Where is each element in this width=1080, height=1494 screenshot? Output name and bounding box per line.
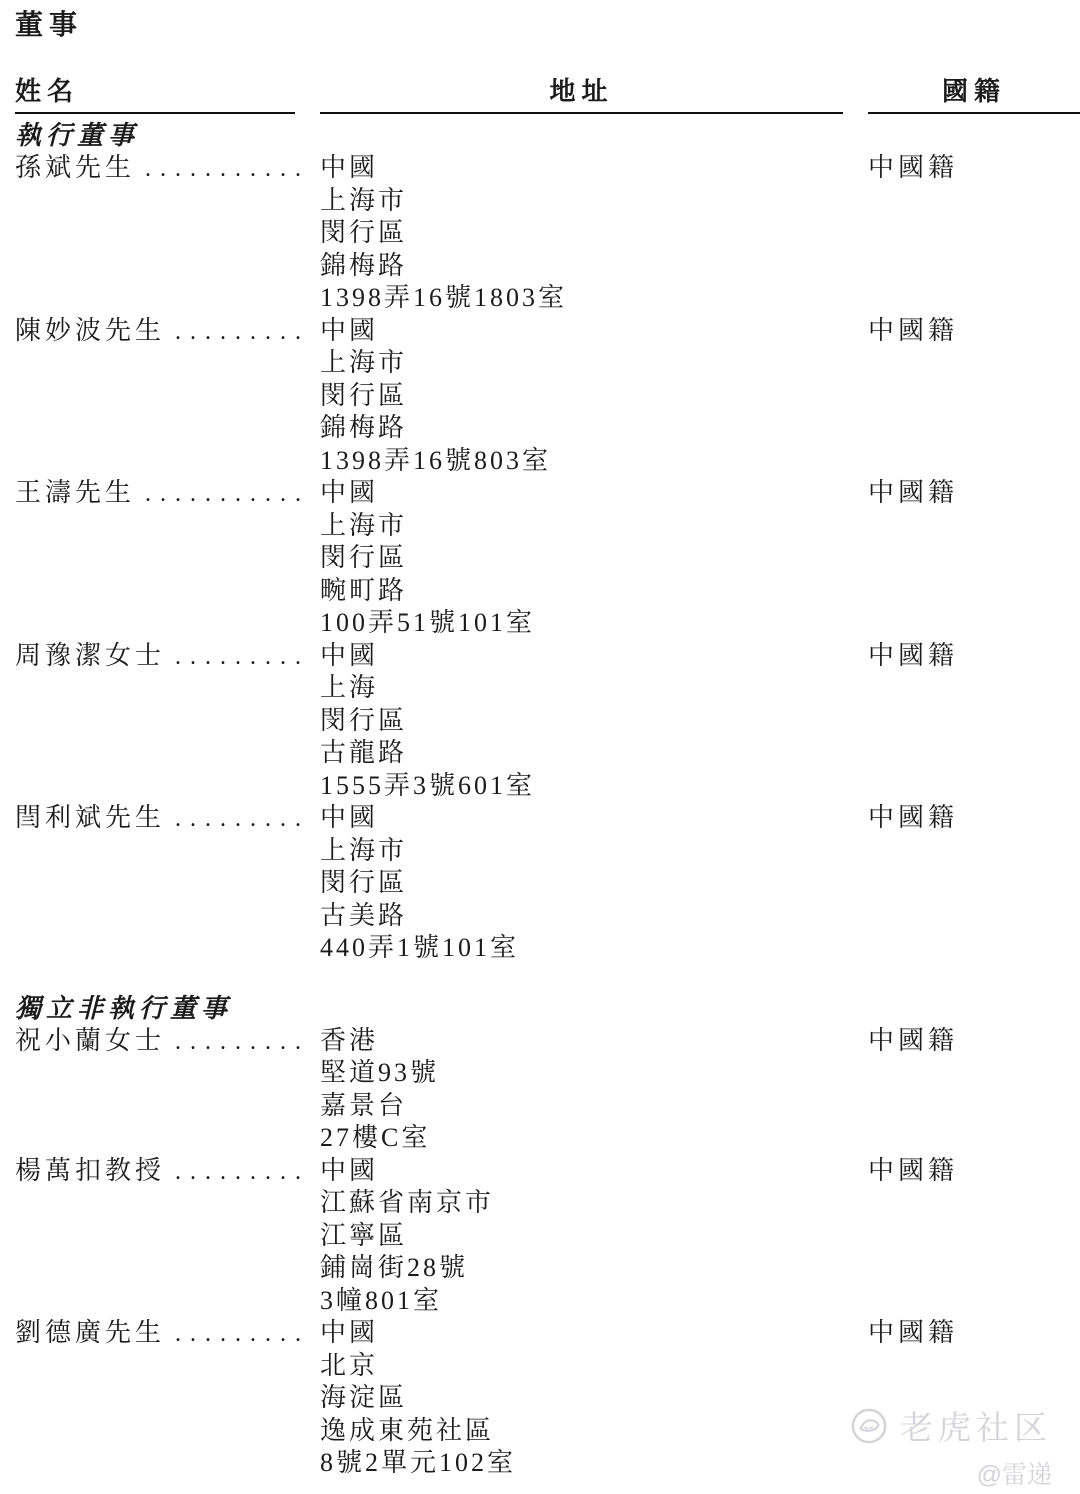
- nationality-cell: 中國籍: [868, 640, 1080, 673]
- name-cell: 閆利斌先生 .........: [15, 802, 320, 836]
- address-line: 100弄51號101室: [320, 607, 868, 640]
- director-name: 祝小蘭女士: [15, 1025, 165, 1058]
- nationality-cell: 中國籍: [868, 802, 1080, 835]
- document-content: 董事 姓名 地址 國籍 執行董事 孫斌先生 ........... 中國上海市閔…: [0, 0, 1080, 1480]
- watermark-handle-text: @雷递: [850, 1455, 1052, 1491]
- director-name: 楊萬扣教授: [15, 1155, 165, 1188]
- name-cell: 陳妙波先生 .........: [15, 315, 320, 349]
- document-page: 董事 姓名 地址 國籍 執行董事 孫斌先生 ........... 中國上海市閔…: [0, 0, 1080, 1494]
- address-line: 1555弄3號601室: [320, 770, 868, 803]
- address-line: 錦梅路: [320, 250, 868, 283]
- director-name: 陳妙波先生: [15, 315, 165, 348]
- table-row: 祝小蘭女士 ......... 香港堅道93號嘉景台27樓C室 中國籍: [15, 1025, 1080, 1155]
- dot-leader: .........: [175, 1026, 310, 1059]
- address-line: 中國: [320, 477, 868, 510]
- address-line: 上海市: [320, 835, 868, 868]
- address-line: 海淀區: [320, 1382, 868, 1415]
- dot-leader: .........: [175, 1156, 310, 1189]
- directors-table: 姓名 地址 國籍 執行董事 孫斌先生 ........... 中國上海市閔行區錦…: [15, 76, 1080, 1480]
- page-title: 董事: [15, 8, 1080, 44]
- director-name: 王濤先生: [15, 477, 135, 510]
- director-name: 孫斌先生: [15, 152, 135, 185]
- nationality-cell: 中國籍: [868, 152, 1080, 185]
- name-cell: 王濤先生 ...........: [15, 477, 320, 511]
- nationality-cell: 中國籍: [868, 315, 1080, 348]
- address-line: 錦梅路: [320, 412, 868, 445]
- address-line: 上海市: [320, 185, 868, 218]
- address-cell: 中國上海閔行區古龍路1555弄3號601室: [320, 640, 868, 803]
- nationality-cell: 中國籍: [868, 477, 1080, 510]
- name-cell: 劉德廣先生 .........: [15, 1317, 320, 1351]
- address-line: 古龍路: [320, 737, 868, 770]
- address-line: 3幢801室: [320, 1285, 868, 1318]
- name-cell: 祝小蘭女士 .........: [15, 1025, 320, 1059]
- tiger-logo-icon: [850, 1407, 888, 1445]
- watermark-brand-text: 老虎社区: [900, 1402, 1052, 1449]
- address-line: 畹町路: [320, 575, 868, 608]
- dot-leader: ...........: [145, 478, 310, 511]
- address-line: 閔行區: [320, 217, 868, 250]
- name-cell: 孫斌先生 ...........: [15, 152, 320, 186]
- address-line: 中國: [320, 152, 868, 185]
- address-cell: 中國北京海淀區逸成東苑社區8號2單元102室: [320, 1317, 868, 1480]
- table-row: 閆利斌先生 ......... 中國上海市閔行區古美路440弄1號101室 中國…: [15, 802, 1080, 965]
- address-line: 北京: [320, 1350, 868, 1383]
- address-line: 古美路: [320, 900, 868, 933]
- address-line: 1398弄16號803室: [320, 445, 868, 478]
- section-rows: 孫斌先生 ........... 中國上海市閔行區錦梅路1398弄16號1803…: [15, 152, 1080, 965]
- address-line: 堅道93號: [320, 1057, 868, 1090]
- address-line: 中國: [320, 802, 868, 835]
- address-line: 香港: [320, 1025, 868, 1058]
- address-cell: 中國上海市閔行區錦梅路1398弄16號803室: [320, 315, 868, 478]
- address-line: 閔行區: [320, 380, 868, 413]
- nationality-cell: 中國籍: [868, 1317, 1080, 1350]
- watermark: 老虎社区 @雷递: [850, 1402, 1052, 1491]
- address-line: 上海: [320, 672, 868, 705]
- address-cell: 香港堅道93號嘉景台27樓C室: [320, 1025, 868, 1155]
- address-cell: 中國江蘇省南京市江寧區鋪崗街28號3幢801室: [320, 1155, 868, 1318]
- address-line: 中國: [320, 640, 868, 673]
- nationality-cell: 中國籍: [868, 1025, 1080, 1058]
- director-name: 閆利斌先生: [15, 802, 165, 835]
- address-line: 上海市: [320, 510, 868, 543]
- dot-leader: .........: [175, 641, 310, 674]
- address-line: 江蘇省南京市: [320, 1187, 868, 1220]
- address-line: 閔行區: [320, 542, 868, 575]
- address-line: 閔行區: [320, 867, 868, 900]
- section-label: 獨立非執行董事: [15, 992, 1080, 1025]
- address-line: 1398弄16號1803室: [320, 282, 868, 315]
- nationality-cell: 中國籍: [868, 1155, 1080, 1188]
- address-cell: 中國上海市閔行區錦梅路1398弄16號1803室: [320, 152, 868, 315]
- dot-leader: .........: [175, 316, 310, 349]
- director-name: 周豫潔女士: [15, 640, 165, 673]
- address-line: 閔行區: [320, 705, 868, 738]
- address-cell: 中國上海市閔行區畹町路100弄51號101室: [320, 477, 868, 640]
- address-line: 27樓C室: [320, 1122, 868, 1155]
- dot-leader: .........: [175, 803, 310, 836]
- table-row: 周豫潔女士 ......... 中國上海閔行區古龍路1555弄3號601室 中國…: [15, 640, 1080, 803]
- address-line: 嘉景台: [320, 1090, 868, 1123]
- watermark-brand-row: 老虎社区: [850, 1402, 1052, 1449]
- address-line: 440弄1號101室: [320, 932, 868, 965]
- address-line: 鋪崗街28號: [320, 1252, 868, 1285]
- table-row: 王濤先生 ........... 中國上海市閔行區畹町路100弄51號101室 …: [15, 477, 1080, 640]
- address-line: 上海市: [320, 347, 868, 380]
- address-line: 逸成東苑社區: [320, 1415, 868, 1448]
- address-line: 中國: [320, 1155, 868, 1188]
- dot-leader: .........: [175, 1318, 310, 1351]
- table-row: 孫斌先生 ........... 中國上海市閔行區錦梅路1398弄16號1803…: [15, 152, 1080, 315]
- address-line: 中國: [320, 315, 868, 348]
- address-cell: 中國上海市閔行區古美路440弄1號101室: [320, 802, 868, 965]
- table-body: 執行董事 孫斌先生 ........... 中國上海市閔行區錦梅路1398弄16…: [15, 119, 1080, 1480]
- director-name: 劉德廣先生: [15, 1317, 165, 1350]
- column-header-nationality: 國籍: [868, 76, 1080, 114]
- table-row: 陳妙波先生 ......... 中國上海市閔行區錦梅路1398弄16號803室 …: [15, 315, 1080, 478]
- address-line: 8號2單元102室: [320, 1447, 868, 1480]
- director-section: 執行董事 孫斌先生 ........... 中國上海市閔行區錦梅路1398弄16…: [15, 119, 1080, 965]
- name-cell: 周豫潔女士 .........: [15, 640, 320, 674]
- section-label: 執行董事: [15, 119, 1080, 152]
- column-header-address: 地址: [320, 76, 843, 114]
- table-header-row: 姓名 地址 國籍: [15, 76, 1080, 114]
- name-cell: 楊萬扣教授 .........: [15, 1155, 320, 1189]
- column-header-name: 姓名: [15, 76, 295, 114]
- address-line: 中國: [320, 1317, 868, 1350]
- table-row: 楊萬扣教授 ......... 中國江蘇省南京市江寧區鋪崗街28號3幢801室 …: [15, 1155, 1080, 1318]
- address-line: 江寧區: [320, 1220, 868, 1253]
- dot-leader: ...........: [145, 153, 310, 186]
